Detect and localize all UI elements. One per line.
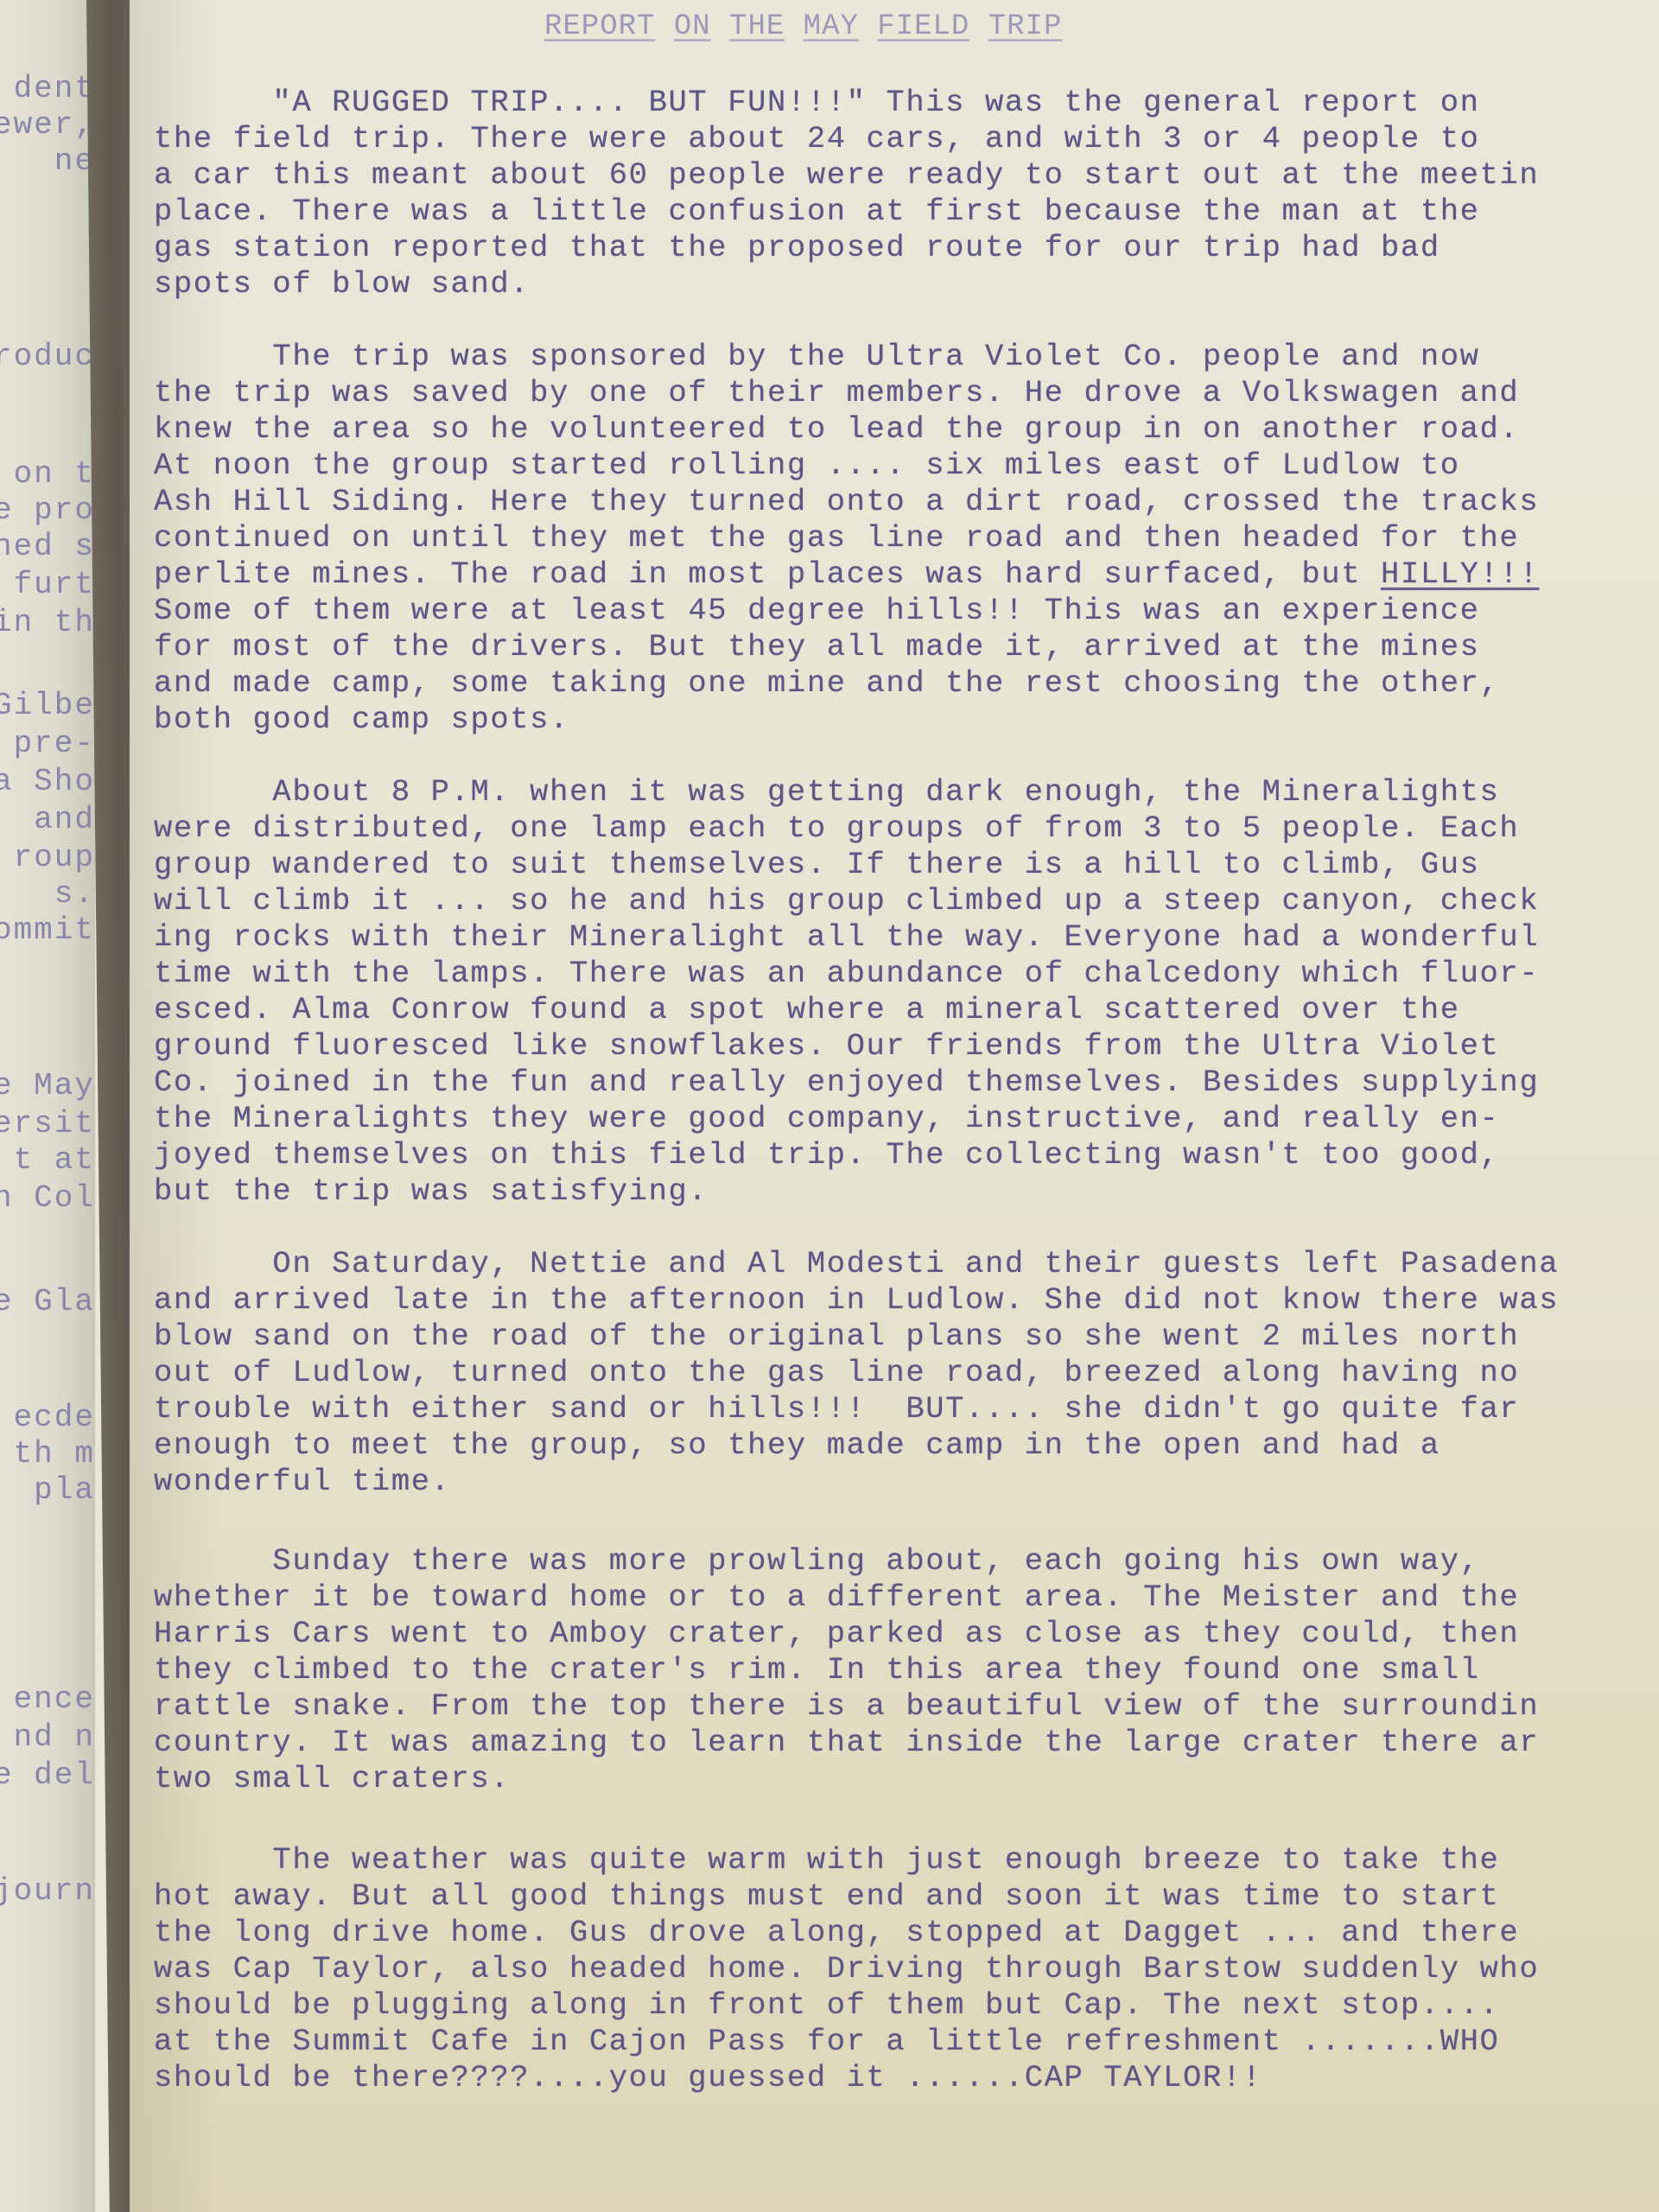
- fragment: ecde: [14, 1400, 95, 1435]
- text-line: hot away. But all good things must end a…: [154, 1878, 1659, 1915]
- text-line: will climb it ... so he and his group cl…: [154, 883, 1659, 919]
- text-line: a car this meant about 60 people were re…: [154, 157, 1659, 194]
- text-line: blow sand on the road of the original pl…: [154, 1319, 1659, 1355]
- document-page: REPORT ON THE MAY FIELD TRIP "A RUGGED T…: [130, 0, 1659, 2212]
- page-title: REPORT ON THE MAY FIELD TRIP: [544, 10, 1062, 43]
- text-line: and arrived late in the afternoon in Lud…: [154, 1282, 1659, 1319]
- paragraph-saturday: On Saturday, Nettie and Al Modesti and t…: [154, 1246, 1659, 1500]
- text-line: About 8 P.M. when it was getting dark en…: [154, 774, 1659, 810]
- text-line: On Saturday, Nettie and Al Modesti and t…: [154, 1246, 1659, 1282]
- fragment: ersit: [0, 1106, 95, 1141]
- text-line: group wandered to suit themselves. If th…: [154, 847, 1659, 883]
- fragment: e del: [0, 1758, 95, 1793]
- text-line: time with the lamps. There was an abunda…: [154, 956, 1659, 992]
- emphasis-text: HILLY!!!: [1381, 556, 1539, 592]
- fragment: ommit: [0, 912, 95, 948]
- text-line: ground fluoresced like snowflakes. Our f…: [154, 1028, 1659, 1065]
- fragment: h Col: [0, 1180, 95, 1216]
- text-line: whether it be toward home or to a differ…: [154, 1580, 1659, 1616]
- text-line: The trip was sponsored by the Ultra Viol…: [154, 339, 1659, 375]
- text-line: the field trip. There were about 24 cars…: [154, 121, 1659, 157]
- fragment: nd n: [14, 1719, 95, 1755]
- fragment: furt: [14, 567, 95, 602]
- text-line: continued on until they met the gas line…: [154, 520, 1659, 556]
- fragment: e pro: [0, 493, 95, 528]
- text-line: Sunday there was more prowling about, ea…: [154, 1543, 1659, 1580]
- text-line: should be plugging along in front of the…: [154, 1987, 1659, 2024]
- fragment: e Gla: [0, 1284, 95, 1319]
- text-line: rattle snake. From the top there is a be…: [154, 1688, 1659, 1725]
- text-line: The weather was quite warm with just eno…: [154, 1842, 1659, 1878]
- adjacent-page-left: dent ewer, ne roduc on t e pro ned s fur…: [0, 0, 95, 2212]
- text-line: gas station reported that the proposed r…: [154, 230, 1659, 266]
- fragment: ned s: [0, 529, 95, 564]
- fragment: pre-: [14, 726, 95, 761]
- text-line: the Mineralights they were good company,…: [154, 1101, 1659, 1137]
- text-line: "A RUGGED TRIP.... BUT FUN!!!" This was …: [154, 85, 1659, 121]
- title-word: TRIP: [988, 10, 1063, 43]
- text-line: Some of them were at least 45 degree hil…: [154, 593, 1659, 629]
- text-line: knew the area so he volunteered to lead …: [154, 411, 1659, 448]
- title-word: ON: [674, 10, 711, 43]
- text-line: At noon the group started rolling .... s…: [154, 448, 1659, 484]
- text-line: Harris Cars went to Amboy crater, parked…: [154, 1616, 1659, 1652]
- paragraph-weather: The weather was quite warm with just eno…: [154, 1842, 1659, 2096]
- fragment: ence: [14, 1681, 95, 1717]
- text-line: should be there????....you guessed it ..…: [154, 2060, 1659, 2096]
- fragment: in th: [0, 605, 95, 640]
- fragment: Gilbe: [0, 688, 95, 723]
- text-line: wonderful time.: [154, 1464, 1659, 1500]
- text-line: the trip was saved by one of their membe…: [154, 375, 1659, 411]
- paragraph-mineralights: About 8 P.M. when it was getting dark en…: [154, 774, 1659, 1210]
- title-word: REPORT: [544, 10, 655, 43]
- text-line: two small craters.: [154, 1761, 1659, 1797]
- text-line: they climbed to the crater's rim. In thi…: [154, 1652, 1659, 1688]
- text-line: for most of the drivers. But they all ma…: [154, 629, 1659, 665]
- text-line: perlite mines. The road in most places w…: [154, 556, 1659, 593]
- fragment: t at: [14, 1142, 95, 1178]
- text-line: Co. joined in the fun and really enjoyed…: [154, 1065, 1659, 1101]
- paragraph-intro: "A RUGGED TRIP.... BUT FUN!!!" This was …: [154, 85, 1659, 302]
- text-line: both good camp spots.: [154, 702, 1659, 738]
- text-line: out of Ludlow, turned onto the gas line …: [154, 1355, 1659, 1391]
- fragment: th m: [14, 1436, 95, 1471]
- text-line: ing rocks with their Mineralight all the…: [154, 919, 1659, 956]
- text-line: spots of blow sand.: [154, 266, 1659, 302]
- text-line: Ash Hill Siding. Here they turned onto a…: [154, 484, 1659, 520]
- fragment: journ: [0, 1873, 95, 1909]
- fragment: e May: [0, 1068, 95, 1103]
- fragment: roup: [14, 840, 95, 875]
- text-line: and made camp, some taking one mine and …: [154, 665, 1659, 702]
- title-word: FIELD: [877, 10, 969, 43]
- text-line: the long drive home. Gus drove along, st…: [154, 1915, 1659, 1951]
- text-line: country. It was amazing to learn that in…: [154, 1725, 1659, 1761]
- fragment: ewer,: [0, 107, 95, 143]
- text-line: was Cap Taylor, also headed home. Drivin…: [154, 1951, 1659, 1987]
- text-line: place. There was a little confusion at f…: [154, 194, 1659, 230]
- fragment: and: [34, 802, 95, 837]
- fragment: roduc: [0, 339, 95, 374]
- text-line: esced. Alma Conrow found a spot where a …: [154, 992, 1659, 1028]
- text-line: trouble with either sand or hills!!! BUT…: [154, 1391, 1659, 1427]
- text-line: at the Summit Cafe in Cajon Pass for a l…: [154, 2024, 1659, 2060]
- text-line: were distributed, one lamp each to group…: [154, 810, 1659, 847]
- fragment: pla: [14, 1472, 95, 1508]
- text-line: but the trip was satisfying.: [154, 1173, 1659, 1210]
- fragment: a Sho: [0, 764, 95, 799]
- title-word: MAY: [804, 10, 859, 43]
- text-line: enough to meet the group, so they made c…: [154, 1427, 1659, 1464]
- title-word: THE: [729, 10, 785, 43]
- fragment: dent: [14, 71, 95, 106]
- text-line: joyed themselves on this field trip. The…: [154, 1137, 1659, 1173]
- fragment: on t: [14, 456, 95, 492]
- paragraph-sunday: Sunday there was more prowling about, ea…: [154, 1543, 1659, 1797]
- paragraph-route: The trip was sponsored by the Ultra Viol…: [154, 339, 1659, 738]
- fragment: s.: [54, 876, 95, 912]
